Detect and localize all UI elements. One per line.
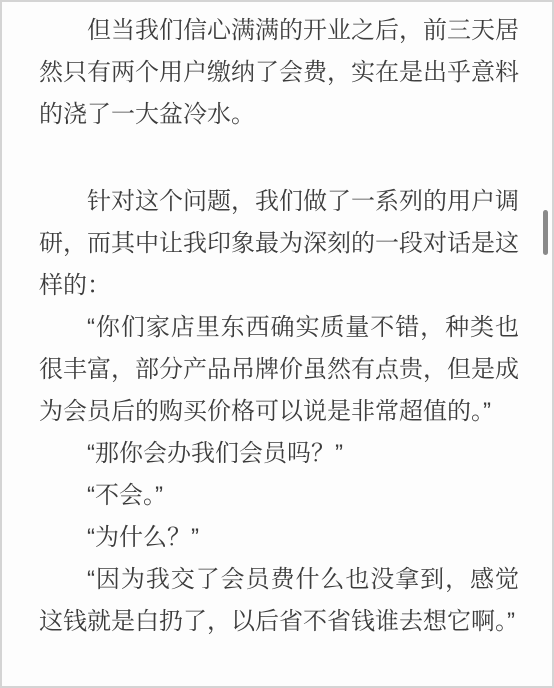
paragraph: “因为我交了会员费什么也没拿到，感觉这钱就是白扔了，以后省不省钱谁去想它啊。” <box>39 559 519 643</box>
dialogue-line: “那你会办我们会员吗？” <box>39 433 519 475</box>
dialogue-line: “不会。” <box>39 475 519 517</box>
scrollbar-thumb[interactable] <box>543 210 548 255</box>
text-column: 但当我们信心满满的开业之后，前三天居然只有两个用户缴纳了会费，实在是出乎意料的浇… <box>39 10 519 643</box>
paragraph: “你们家店里东西确实质量不错，种类也很丰富，部分产品吊牌价虽然有点贵，但是成为会… <box>39 307 519 433</box>
paragraph: 针对这个问题，我们做了一系列的用户调研，而其中让我印象最为深刻的一段对话是这样的… <box>39 181 519 307</box>
dialogue-line: “为什么？” <box>39 517 519 559</box>
paragraph: 但当我们信心满满的开业之后，前三天居然只有两个用户缴纳了会费，实在是出乎意料的浇… <box>39 10 519 136</box>
reader-page: 但当我们信心满满的开业之后，前三天居然只有两个用户缴纳了会费，实在是出乎意料的浇… <box>0 0 554 688</box>
